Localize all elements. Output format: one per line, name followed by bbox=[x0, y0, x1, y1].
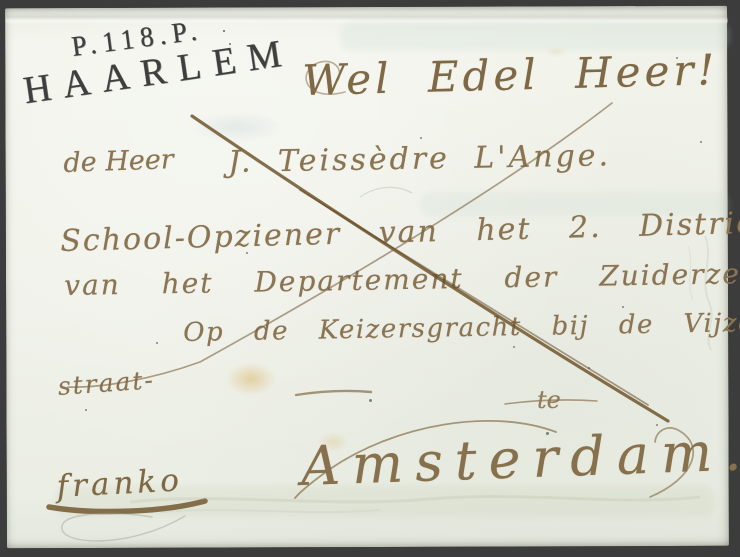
street-continuation: straat- bbox=[57, 367, 156, 399]
ink-speck bbox=[700, 141, 702, 143]
ink-speck bbox=[246, 252, 248, 254]
city-name: Amsterdam. bbox=[300, 424, 740, 494]
ink-speck bbox=[156, 342, 158, 344]
addressee-name: J. Teissèdre L'Ange. bbox=[228, 141, 611, 178]
ink-speck bbox=[513, 346, 515, 348]
ink-speck bbox=[622, 306, 624, 308]
postmark-speck bbox=[223, 30, 225, 32]
ink-speck bbox=[656, 424, 658, 426]
ink-speck bbox=[546, 432, 549, 435]
letter-photo: P.118.P. HAARLEM Wel Edel Heer! de Heer … bbox=[0, 0, 740, 557]
addressee-prefix: de Heer bbox=[63, 146, 174, 177]
ink-speck bbox=[676, 57, 678, 59]
paper-fold-crease bbox=[6, 12, 728, 24]
franking-note: franko bbox=[56, 465, 184, 503]
ink-speck bbox=[420, 137, 422, 139]
postmark-speck bbox=[229, 43, 231, 45]
salutation-line: Wel Edel Heer! bbox=[302, 49, 719, 102]
ink-speck bbox=[588, 367, 590, 369]
ink-speck bbox=[85, 409, 87, 411]
preposition-te: te bbox=[537, 388, 561, 412]
ink-speck bbox=[369, 399, 372, 402]
